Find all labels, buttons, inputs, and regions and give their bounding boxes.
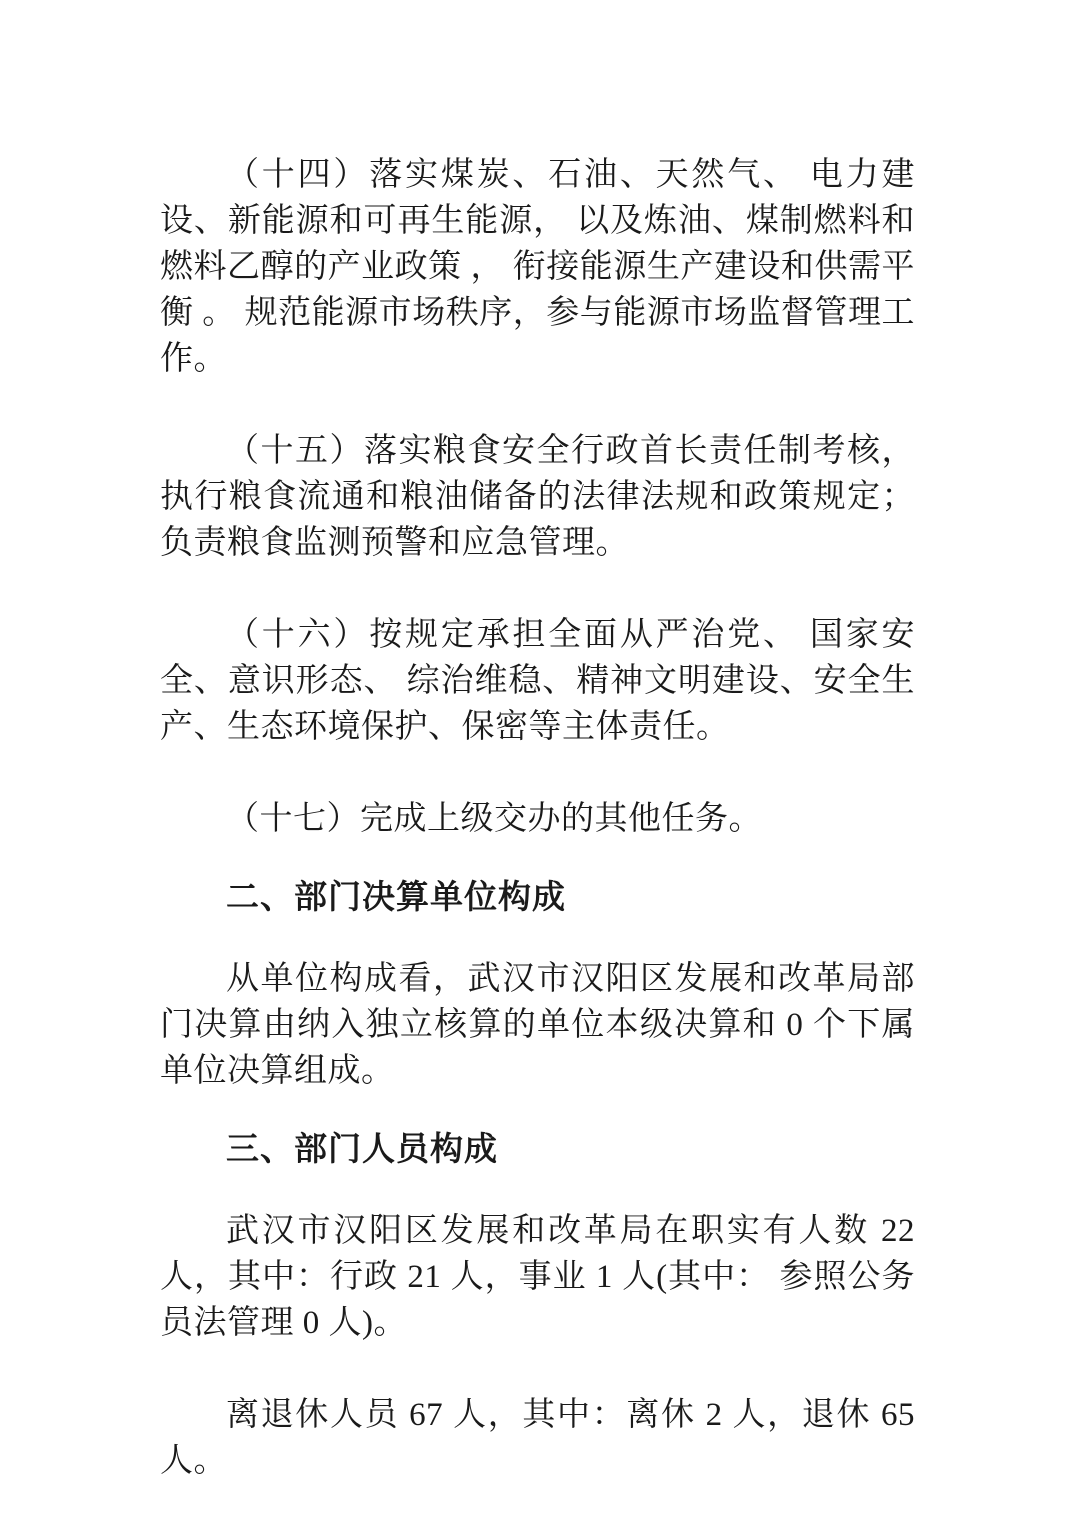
section-heading-2-unit-composition: 二、部门决算单位构成 bbox=[160, 874, 915, 920]
paragraph-retired-staff: 离退休人员 67 人，其中：离休 2 人，退休 65 人。 bbox=[160, 1392, 915, 1484]
paragraph-duty-16-responsibility: （十六）按规定承担全面从严治党、 国家安全、意识形态、 综治维稳、精神文明建设、… bbox=[160, 612, 915, 750]
paragraph-staff-composition: 武汉市汉阳区发展和改革局在职实有人数 22 人，其中：行政 21 人，事业 1 … bbox=[160, 1208, 915, 1346]
paragraph-duty-14-energy: （十四）落实煤炭、石油、天然气、 电力建设、新能源和可再生能源， 以及炼油、煤制… bbox=[160, 152, 915, 382]
paragraph-duty-17-other-tasks: （十七）完成上级交办的其他任务。 bbox=[160, 796, 915, 842]
section-heading-3-staff-composition: 三、部门人员构成 bbox=[160, 1126, 915, 1172]
document-page: （十四）落实煤炭、石油、天然气、 电力建设、新能源和可再生能源， 以及炼油、煤制… bbox=[0, 0, 1075, 1521]
paragraph-unit-composition: 从单位构成看，武汉市汉阳区发展和改革局部门决算由纳入独立核算的单位本级决算和 0… bbox=[160, 956, 915, 1094]
paragraph-duty-15-grain: （十五）落实粮食安全行政首长责任制考核，执行粮食流通和粮油储备的法律法规和政策规… bbox=[160, 428, 915, 566]
